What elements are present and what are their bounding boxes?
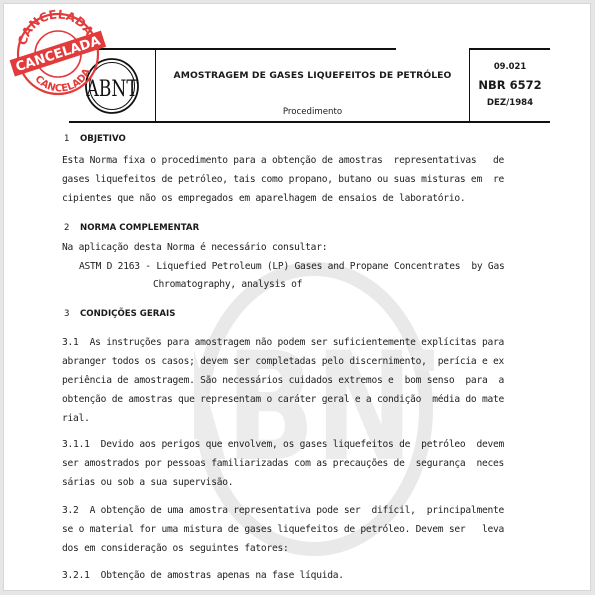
document-page: ABNT ABNT AMOSTRAGEM DE GASES LIQUEFEITO… — [3, 3, 591, 591]
section-2-intro: Na aplicação desta Norma é necessário co… — [62, 242, 544, 253]
section-1-line-2: gases liquefeitos de petróleo, tais como… — [62, 174, 544, 185]
paragraph-3-1-line-5: rial. — [62, 413, 544, 424]
section-1-heading: 1OBJETIVO — [64, 134, 126, 144]
header-rule-bottom — [69, 121, 550, 123]
header-rule-top — [69, 48, 396, 50]
paragraph-3-1-line-4: obtenção de amostras que representam o c… — [62, 394, 544, 405]
classification-code: 09.021 — [470, 61, 550, 71]
paragraph-3-1-1-line-3: sárias ou sob a sua supervisão. — [62, 477, 544, 488]
section-1-line-1: Esta Norma fixa o procedimento para a ob… — [62, 155, 544, 166]
reference-astm-line-1: ASTM D 2163 - Liquefied Petroleum (LP) G… — [79, 261, 561, 272]
section-3-heading: 3CONDIÇÕES GERAIS — [64, 309, 175, 319]
section-1-line-3: cipientes que não os empregados em apare… — [62, 193, 544, 204]
paragraph-3-2-line-1: 3.2 A obtenção de uma amostra representa… — [62, 505, 544, 516]
paragraph-3-1-line-3: periência de amostragem. São necessários… — [62, 375, 544, 386]
paragraph-3-1-line-2: abranger todos os casos; devem ser compl… — [62, 356, 544, 367]
section-2-heading: 2NORMA COMPLEMENTAR — [64, 223, 199, 233]
paragraph-3-2-1: 3.2.1 Obtenção de amostras apenas na fas… — [62, 570, 544, 581]
document-title: AMOSTRAGEM DE GASES LIQUEFEITOS DE PETRÓ… — [156, 70, 469, 81]
reference-astm-line-2: Chromatography, analysis of — [153, 279, 591, 290]
document-type: Procedimento — [156, 107, 469, 117]
publication-date: DEZ/1984 — [470, 98, 550, 108]
paragraph-3-1-1-line-1: 3.1.1 Devido aos perigos que envolvem, o… — [62, 439, 544, 450]
standard-number: NBR 6572 — [470, 78, 550, 92]
paragraph-3-1-line-1: 3.1 As instruções para amostragem não po… — [62, 337, 544, 348]
paragraph-3-2-line-3: dos em consideração os seguintes fatores… — [62, 543, 544, 554]
cancelada-stamp: CANCELADA CANCELADA CANCELADA — [8, 6, 108, 98]
paragraph-3-2-line-2: se o material for uma mistura de gases l… — [62, 524, 544, 535]
paragraph-3-1-1-line-2: ser amostrados por pessoas familiarizada… — [62, 458, 544, 469]
header-rule-top-right — [470, 48, 550, 50]
